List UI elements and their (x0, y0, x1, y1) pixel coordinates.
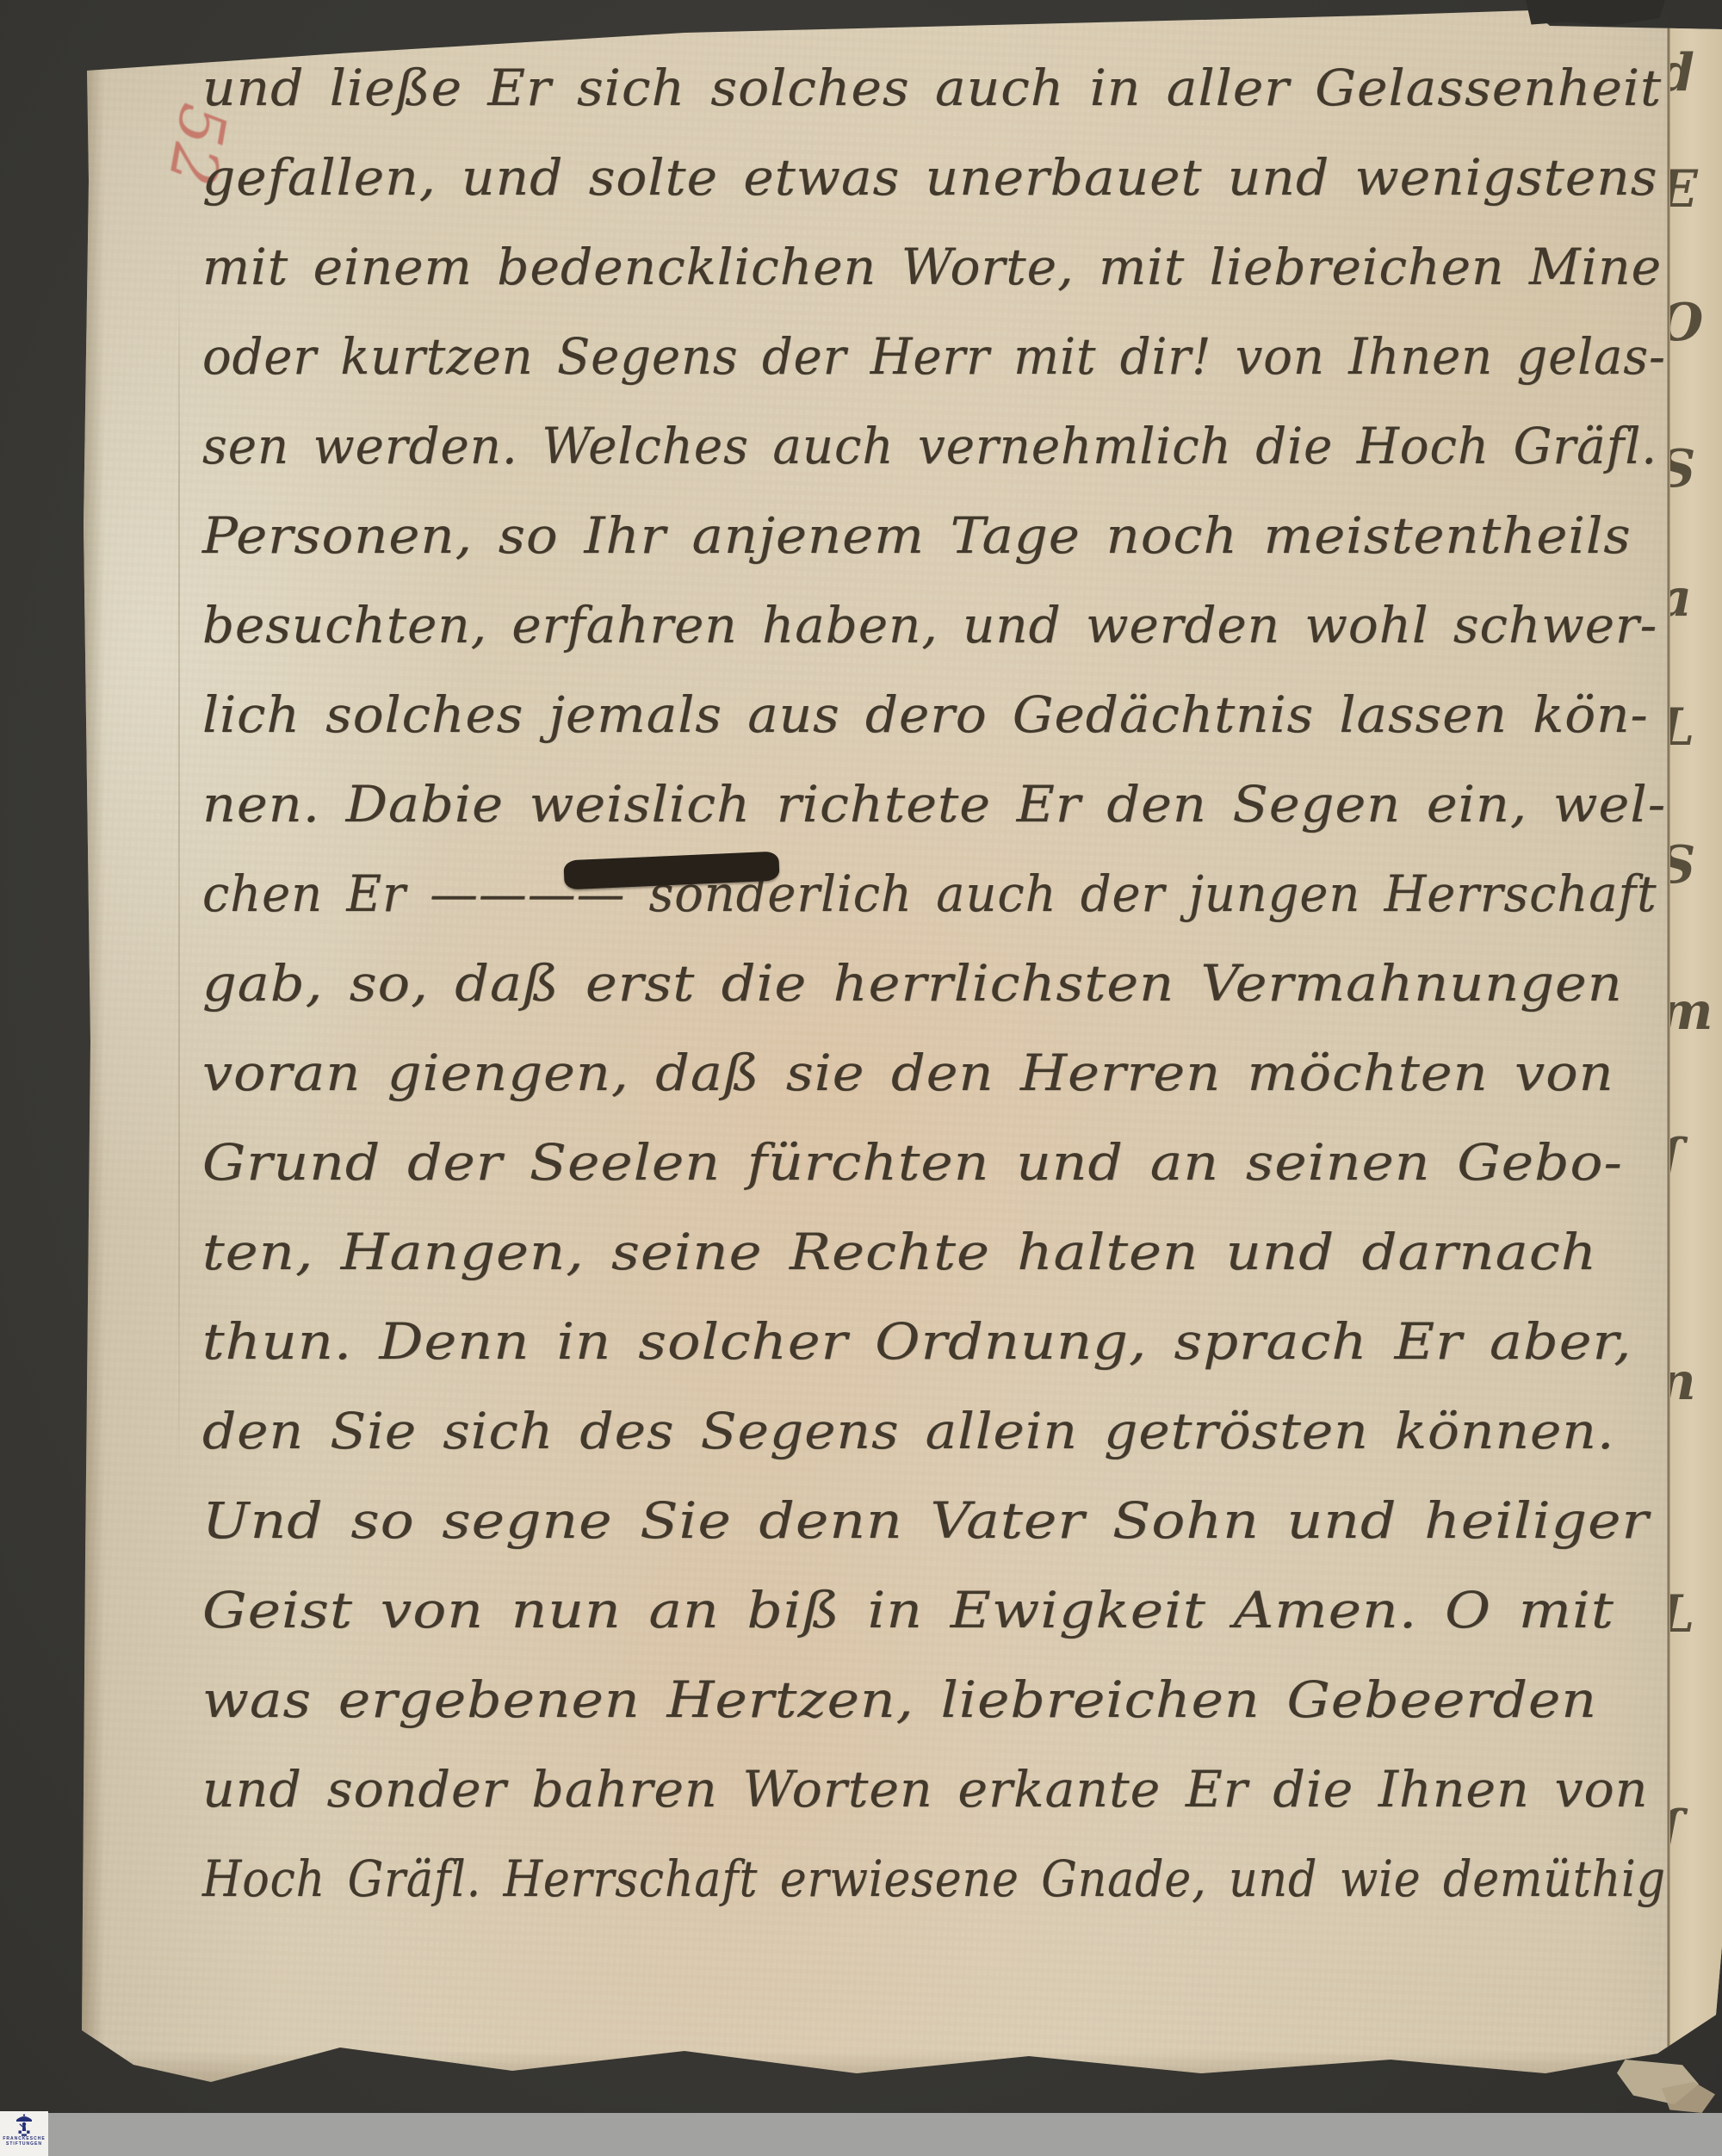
torn-bottom-edge (82, 2051, 1722, 2085)
francke-foundations-emblem-icon (14, 2114, 34, 2136)
manuscript-line: Und so segne Sie denn Vater Sohn und hei… (202, 1476, 1649, 1565)
manuscript-line: Personen, so Ihr anjenem Tage noch meist… (202, 491, 1632, 580)
edge-fragment: L (1670, 697, 1694, 758)
manuscript-line: chen Er ———— sonderlich auch der jungen … (202, 849, 1657, 939)
page-gap-notch (1526, 0, 1665, 26)
logo-brand-line2: STIFTUNGEN (6, 2141, 42, 2147)
edge-fragment: ſ (1670, 1800, 1681, 1860)
manuscript-line: mit einem bedencklichen Worte, mit liebr… (202, 222, 1662, 312)
manuscript-line: Hoch Gräfl. Herrschaft erwiesene Gnade, … (202, 1834, 1666, 1924)
manuscript-line: was ergebenen Hertzen, liebreichen Gebee… (202, 1655, 1597, 1744)
viewer-footer-bar (0, 2113, 1722, 2156)
paper-left-edge-shading (82, 9, 104, 2110)
edge-fragment: L (1670, 1584, 1694, 1645)
manuscript-line: ten, Hangen, seine Rechte halten und dar… (202, 1207, 1597, 1297)
manuscript-line: voran giengen, daß sie den Herren möchte… (202, 1028, 1614, 1118)
manuscript-line: und ließe Er sich solches auch in aller … (202, 43, 1662, 133)
adjacent-page-edge: d E O S a L S m ſ n L ſ (1670, 9, 1722, 2071)
manuscript-line: nen. Dabie weislich richtete Er den Sege… (202, 759, 1666, 849)
manuscript-line: Geist von nun an biß in Ewigkeit Amen. O… (202, 1565, 1614, 1655)
edge-fragment: O (1670, 293, 1703, 353)
edge-fragment: S (1670, 835, 1695, 895)
manuscript-line: und sonder bahren Worten erkante Er die … (202, 1744, 1648, 1834)
manuscript-line: sen werden. Welches auch vernehmlich die… (202, 401, 1657, 491)
archival-scan-viewer: { "folio_number": "52", "manuscript": { … (0, 0, 1722, 2156)
edge-fragment: S (1670, 439, 1695, 499)
edge-fragment: ſ (1670, 1128, 1681, 1188)
manuscript-line: gefallen, und solte etwas unerbauet und … (202, 133, 1657, 222)
manuscript-line: Grund der Seelen fürchten und an seinen … (202, 1118, 1623, 1207)
edge-fragment: d (1670, 43, 1694, 103)
edge-fragment: E (1670, 159, 1698, 220)
manuscript-text: und ließe Er sich solches auch in aller … (202, 43, 1666, 1924)
manuscript-line: gab, so, daß erst die herrlichsten Verma… (202, 939, 1623, 1028)
manuscript-line: besuchten, erfahren haben, und werden wo… (202, 580, 1657, 670)
manuscript-line: thun. Denn in solcher Ordnung, sprach Er… (202, 1297, 1632, 1386)
manuscript-line: oder kurtzen Segens der Herr mit dir! vo… (202, 312, 1666, 401)
edge-fragment: n (1670, 1352, 1696, 1412)
manuscript-line: den Sie sich des Segens allein getrösten… (202, 1386, 1614, 1476)
manuscript-line: lich solches jemals aus dero Gedächtnis … (202, 670, 1649, 759)
edge-fragment: m (1670, 982, 1713, 1042)
edge-fragment: a (1670, 568, 1692, 629)
left-fold-crease (178, 250, 180, 1498)
francke-stiftungen-logo: FRANCKESCHE STIFTUNGEN (0, 2111, 48, 2156)
